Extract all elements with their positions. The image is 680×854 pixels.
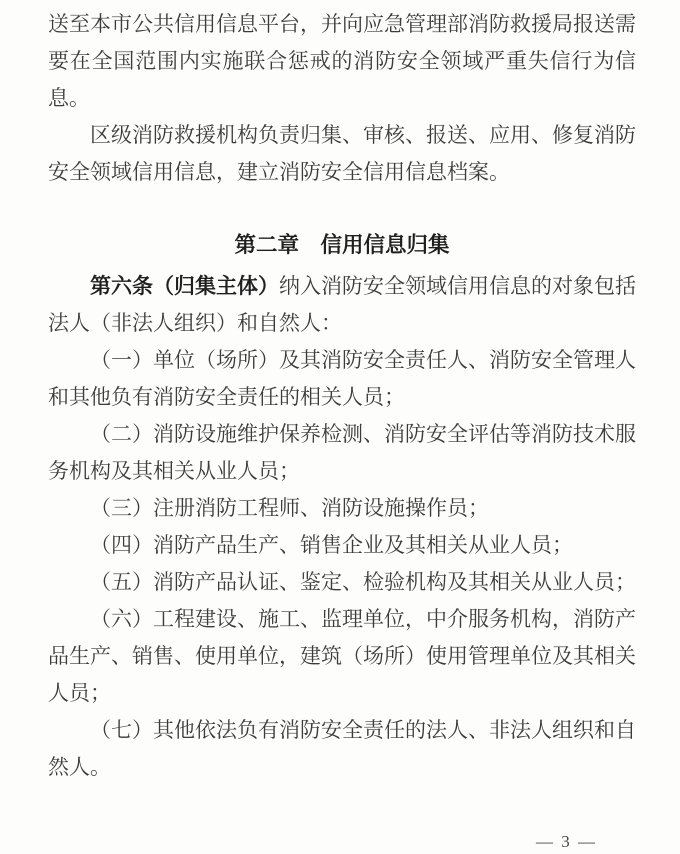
article-item-5: （五）消防产品认证、鉴定、检验机构及其相关从业人员；: [48, 564, 636, 601]
article-6-lead-paragraph: 第六条（归集主体）纳入消防安全领域信用信息的对象包括法人（非法人组织）和自然人：: [48, 268, 636, 342]
article-6-label: 第六条（归集主体）: [90, 275, 279, 298]
article-item-1: （一）单位（场所）及其消防安全责任人、消防安全管理人和其他负有消防安全责任的相关…: [48, 342, 636, 416]
document-body: 送至本市公共信用信息平台，并向应急管理部消防救援局报送需要在全国范围内实施联合惩…: [48, 6, 636, 786]
article-item-6: （六）工程建设、施工、监理单位，中介服务机构，消防产品生产、销售、使用单位，建筑…: [48, 601, 636, 712]
article-item-7: （七）其他依法负有消防安全责任的法人、非法人组织和自然人。: [48, 712, 636, 786]
paragraph-continuation: 送至本市公共信用信息平台，并向应急管理部消防救援局报送需要在全国范围内实施联合惩…: [48, 6, 636, 117]
article-item-4: （四）消防产品生产、销售企业及其相关从业人员；: [48, 527, 636, 564]
document-page: 送至本市公共信用信息平台，并向应急管理部消防救援局报送需要在全国范围内实施联合惩…: [0, 0, 680, 854]
chapter-heading: 第二章 信用信息归集: [48, 227, 636, 264]
article-item-3: （三）注册消防工程师、消防设施操作员；: [48, 490, 636, 527]
article-item-2: （二）消防设施维护保养检测、消防安全评估等消防技术服务机构及其相关从业人员；: [48, 416, 636, 490]
page-footer: — 3 —: [536, 832, 597, 852]
paragraph-district-agency: 区级消防救援机构负责归集、审核、报送、应用、修复消防安全领域信用信息，建立消防安…: [48, 117, 636, 191]
page-number: — 3 —: [536, 832, 597, 851]
